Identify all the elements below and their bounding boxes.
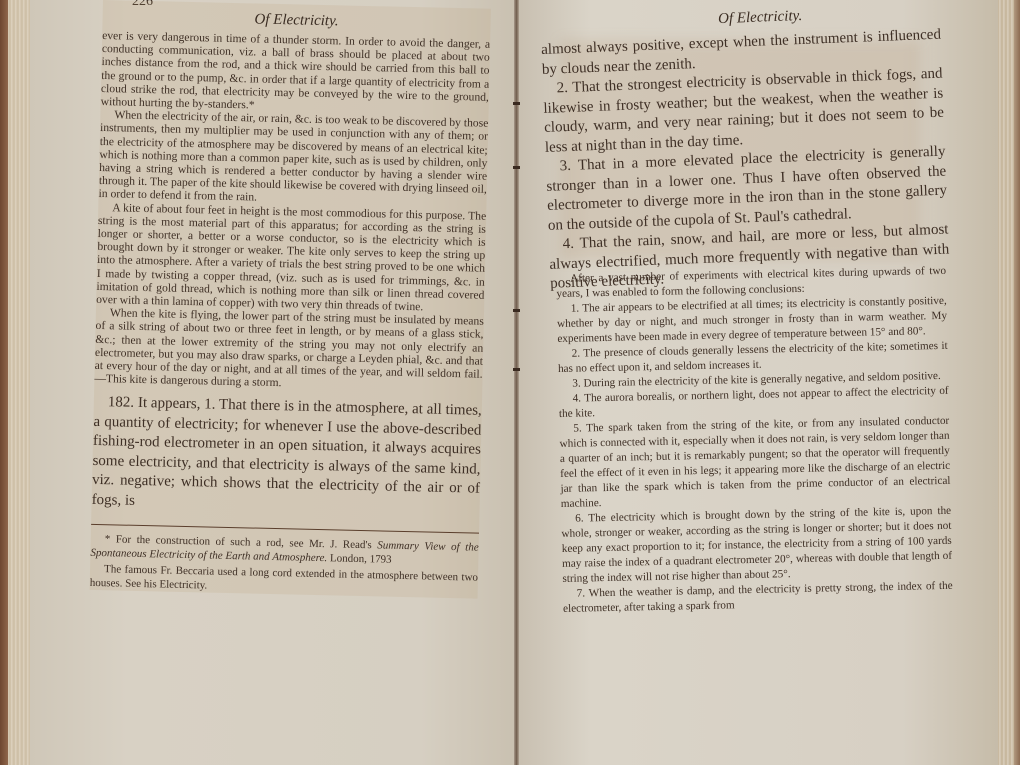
binding-stitch [513,368,520,371]
paragraph: When the kite is flying, the lower part … [94,306,484,394]
binding-stitch [513,166,520,169]
paragraph: A kite of about four feet in height is t… [96,201,486,315]
paragraph: ever is very dangerous in time of a thun… [101,29,491,117]
binding-stitch [513,102,520,105]
conclusion-5: 5. The spark taken from the string of th… [559,414,951,512]
right-large-text: almost always positive, except when the … [541,26,950,295]
paragraph-182: 182. It appears, 1. That there is in the… [91,393,482,519]
conclusion-6: 6. The electricity which is brought down… [561,504,952,587]
book-gutter [514,0,519,765]
conclusion-1: 1. The air appears to be electrified at … [557,294,948,347]
paragraph: When the electricity of the air, or rain… [98,108,488,209]
right-page-text: Of Electricity. almost always positive, … [540,3,950,295]
left-page-text: Of Electricity. ever is very dangerous i… [90,0,491,599]
left-large-text: 182. It appears, 1. That there is in the… [91,393,482,519]
open-book: 226 Of Electricity. ever is very dangero… [0,0,1020,765]
footnote-divider [91,524,479,534]
right-small-text: After a vast number of experiments with … [556,264,953,617]
left-small-text: ever is very dangerous in time of a thun… [94,29,490,394]
footnotes: * For the construction of such a rod, se… [90,533,479,599]
binding-stitch [513,309,520,312]
